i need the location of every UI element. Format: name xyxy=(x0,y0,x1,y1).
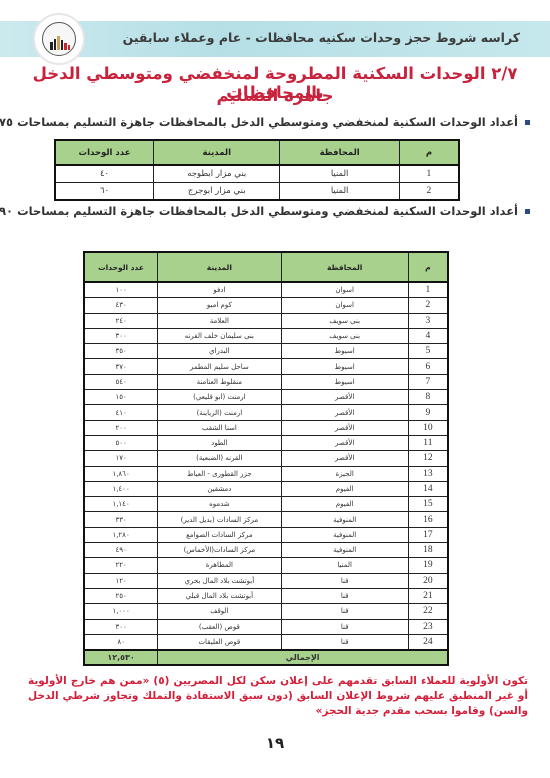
row-governorate: الأقصر xyxy=(281,420,408,435)
table-row: 23قناقوص (العقب)٣٠٠ xyxy=(84,619,448,634)
row-units: ٦٠ xyxy=(55,183,154,201)
bullet-icon xyxy=(525,120,530,125)
row-city: مركز السادات (بديل الدير) xyxy=(158,512,281,527)
row-city: ساحل سليم المطمر xyxy=(158,359,281,374)
row-no: 22 xyxy=(408,604,448,619)
table-header-row: م المحافظة المدينة عدد الوحدات xyxy=(84,252,448,282)
row-no: 6 xyxy=(408,359,448,374)
table-row: 7اسيوطمنقلوط العتامنة٥٤٠ xyxy=(84,374,448,389)
row-governorate: قنا xyxy=(281,604,408,619)
row-no: 2 xyxy=(408,298,448,313)
total-label: الإجمالي xyxy=(158,650,448,665)
col-header-no: م xyxy=(399,140,459,165)
row-no: 20 xyxy=(408,573,448,588)
table-row: 2اسوانكوم امبو٤٣٠ xyxy=(84,298,448,313)
row-no: 23 xyxy=(408,619,448,634)
row-no: 1 xyxy=(399,165,459,183)
table-row: 2 المنيا بني مزار ابوجرج ٦٠ xyxy=(55,183,459,201)
row-units: ١,٢٨٠ xyxy=(84,527,158,542)
row-no: 24 xyxy=(408,634,448,650)
row-city: ارمنت (ابو قليعي) xyxy=(158,390,281,405)
row-city: منقلوط العتامنة xyxy=(158,374,281,389)
table-row: 13الجيزةجزر القطورى - العياط١,٨٦٠ xyxy=(84,466,448,481)
row-units: ٣٣٠ xyxy=(84,512,158,527)
row-city: كوم امبو xyxy=(158,298,281,313)
row-no: 14 xyxy=(408,481,448,496)
row-no: 3 xyxy=(408,313,448,328)
row-city: القرنه (الضبعية) xyxy=(158,451,281,466)
row-city: اسنا الشقب xyxy=(158,420,281,435)
bullet-icon xyxy=(525,209,530,214)
total-row: الإجمالي ١٢,٥٣٠ xyxy=(84,650,448,665)
table-row: 15الفيومشدموه١,١٤٠ xyxy=(84,497,448,512)
table-row: 6اسيوطساحل سليم المطمر٣٧٠ xyxy=(84,359,448,374)
priority-note: تكون الأولوية للعملاء السابق تقدمهم على … xyxy=(28,674,528,719)
row-governorate: اسيوط xyxy=(281,359,408,374)
ministry-logo-icon xyxy=(33,13,85,65)
units-75m-table: م المحافظة المدينة عدد الوحدات 1 المنيا … xyxy=(54,139,460,201)
table-row: 16المنوفيةمركز السادات (بديل الدير)٣٣٠ xyxy=(84,512,448,527)
row-governorate: قنا xyxy=(281,588,408,603)
row-no: 12 xyxy=(408,451,448,466)
row-city: قوص العليقات xyxy=(158,634,281,650)
row-units: ٥٤٠ xyxy=(84,374,158,389)
table-row: 9الأقصرارمنت (الرياينة)٤١٠ xyxy=(84,405,448,420)
row-no: 16 xyxy=(408,512,448,527)
row-no: 18 xyxy=(408,543,448,558)
row-no: 19 xyxy=(408,558,448,573)
row-no: 10 xyxy=(408,420,448,435)
table75-caption: أعداد الوحدات السكنية لمنخفضي ومتوسطي ال… xyxy=(0,115,530,129)
table-row: 11الأقصرالطود٥٠٠ xyxy=(84,435,448,450)
row-governorate: بنى سويف xyxy=(281,328,408,343)
table-row: 22قناالوقف١,٠٠٠ xyxy=(84,604,448,619)
row-city: بني مزار ابوجرج xyxy=(154,183,280,201)
table-row: 3بنى سويفالعلامة٢٤٠ xyxy=(84,313,448,328)
document-title: كراسه شروط حجز وحدات سكنيه محافظات - عام… xyxy=(123,30,520,45)
col-header-governorate: المحافظة xyxy=(280,140,399,165)
row-units: ٢٠٠ xyxy=(84,420,158,435)
row-no: 4 xyxy=(408,328,448,343)
row-governorate: المنوفية xyxy=(281,527,408,542)
row-units: ١٠٠ xyxy=(84,282,158,298)
row-units: ٢٢٠ xyxy=(84,558,158,573)
table-row: 24قناقوص العليقات٨٠ xyxy=(84,634,448,650)
row-governorate: الأقصر xyxy=(281,390,408,405)
row-governorate: بنى سويف xyxy=(281,313,408,328)
row-no: 9 xyxy=(408,405,448,420)
row-city: بنى سليمان خلف القرنه xyxy=(158,328,281,343)
row-no: 13 xyxy=(408,466,448,481)
row-units: ٨٠ xyxy=(84,634,158,650)
row-governorate: اسوان xyxy=(281,282,408,298)
total-value: ١٢,٥٣٠ xyxy=(84,650,158,665)
row-governorate: قنا xyxy=(281,619,408,634)
page-number: ١٩ xyxy=(0,734,550,752)
row-units: ٣٠٠ xyxy=(84,328,158,343)
table-row: 4بنى سويفبنى سليمان خلف القرنه٣٠٠ xyxy=(84,328,448,343)
row-units: ١٧٠ xyxy=(84,451,158,466)
row-governorate: المنوفية xyxy=(281,543,408,558)
row-no: 2 xyxy=(399,183,459,201)
row-units: ٥٠٠ xyxy=(84,435,158,450)
col-header-governorate: المحافظة xyxy=(281,252,408,282)
row-units: ١,٨٦٠ xyxy=(84,466,158,481)
table-row: 17المنوفيةمركز السادات الصوامع١,٢٨٠ xyxy=(84,527,448,542)
table-row: 10الأقصراسنا الشقب٢٠٠ xyxy=(84,420,448,435)
row-city: أبوتشت بلاد المال قبلي xyxy=(158,588,281,603)
row-governorate: المنوفية xyxy=(281,512,408,527)
row-no: 21 xyxy=(408,588,448,603)
table-row: 1 المنيا بني مزار ابطوجه ٤٠ xyxy=(55,165,459,183)
row-units: ١,٠٠٠ xyxy=(84,604,158,619)
row-governorate: اسيوط xyxy=(281,344,408,359)
row-governorate: اسوان xyxy=(281,298,408,313)
row-units: ٣٧٠ xyxy=(84,359,158,374)
units-90m-table: م المحافظة المدينة عدد الوحدات 1اسوانادف… xyxy=(83,251,449,666)
row-governorate: الأقصر xyxy=(281,405,408,420)
row-governorate: المنيا xyxy=(281,558,408,573)
row-units: ٤٠ xyxy=(55,165,154,183)
row-governorate: قنا xyxy=(281,573,408,588)
col-header-city: المدينة xyxy=(158,252,281,282)
table-header-row: م المحافظة المدينة عدد الوحدات xyxy=(55,140,459,165)
row-city: قوص (العقب) xyxy=(158,619,281,634)
row-governorate: الفيوم xyxy=(281,481,408,496)
row-governorate: الأقصر xyxy=(281,451,408,466)
section-title-line2: جاهزة التسليم xyxy=(0,86,550,105)
row-units: ٤١٠ xyxy=(84,405,158,420)
col-header-units: عدد الوحدات xyxy=(55,140,154,165)
row-units: ٢٥٠ xyxy=(84,588,158,603)
col-header-no: م xyxy=(408,252,448,282)
row-city: العلامة xyxy=(158,313,281,328)
table90-caption: أعداد الوحدات السكنية لمنخفضي ومتوسطي ال… xyxy=(0,204,530,218)
row-city: مركز السادات(الأخماس) xyxy=(158,543,281,558)
row-units: ١٥٠ xyxy=(84,390,158,405)
row-governorate: المنيا xyxy=(280,183,399,201)
row-no: 5 xyxy=(408,344,448,359)
row-governorate: الفيوم xyxy=(281,497,408,512)
row-city: ادفو xyxy=(158,282,281,298)
row-no: 1 xyxy=(408,282,448,298)
row-city: بني مزار ابطوجه xyxy=(154,165,280,183)
table-row: 5اسيوطالبدراي٣٥٠ xyxy=(84,344,448,359)
row-no: 8 xyxy=(408,390,448,405)
row-units: ١,١٤٠ xyxy=(84,497,158,512)
row-city: المطاهرة xyxy=(158,558,281,573)
col-header-units: عدد الوحدات xyxy=(84,252,158,282)
table-row: 12الأقصرالقرنه (الضبعية)١٧٠ xyxy=(84,451,448,466)
table-row: 14الفيومدمشقين١,٤٠٠ xyxy=(84,481,448,496)
row-city: شدموه xyxy=(158,497,281,512)
row-no: 17 xyxy=(408,527,448,542)
row-city: دمشقين xyxy=(158,481,281,496)
row-governorate: قنا xyxy=(281,634,408,650)
row-no: 7 xyxy=(408,374,448,389)
row-units: ٤٣٠ xyxy=(84,298,158,313)
table-row: 18المنوفيةمركز السادات(الأخماس)٤٩٠ xyxy=(84,543,448,558)
table-row: 8الأقصرارمنت (ابو قليعي)١٥٠ xyxy=(84,390,448,405)
row-governorate: المنيا xyxy=(280,165,399,183)
row-governorate: الجيزة xyxy=(281,466,408,481)
row-no: 11 xyxy=(408,435,448,450)
row-city: البدراي xyxy=(158,344,281,359)
row-governorate: اسيوط xyxy=(281,374,408,389)
table-row: 21قناأبوتشت بلاد المال قبلي٢٥٠ xyxy=(84,588,448,603)
col-header-city: المدينة xyxy=(154,140,280,165)
row-units: ١,٤٠٠ xyxy=(84,481,158,496)
table-row: 19المنياالمطاهرة٢٢٠ xyxy=(84,558,448,573)
row-units: ٣٥٠ xyxy=(84,344,158,359)
row-city: أبوتشت بلاد المال بحري xyxy=(158,573,281,588)
row-city: الطود xyxy=(158,435,281,450)
row-units: ١٢٠ xyxy=(84,573,158,588)
row-units: ٤٩٠ xyxy=(84,543,158,558)
row-city: ارمنت (الرياينة) xyxy=(158,405,281,420)
row-no: 15 xyxy=(408,497,448,512)
table-row: 20قناأبوتشت بلاد المال بحري١٢٠ xyxy=(84,573,448,588)
row-city: الوقف xyxy=(158,604,281,619)
row-city: جزر القطورى - العياط xyxy=(158,466,281,481)
row-governorate: الأقصر xyxy=(281,435,408,450)
row-city: مركز السادات الصوامع xyxy=(158,527,281,542)
row-units: ٣٠٠ xyxy=(84,619,158,634)
row-units: ٢٤٠ xyxy=(84,313,158,328)
table-row: 1اسوانادفو١٠٠ xyxy=(84,282,448,298)
